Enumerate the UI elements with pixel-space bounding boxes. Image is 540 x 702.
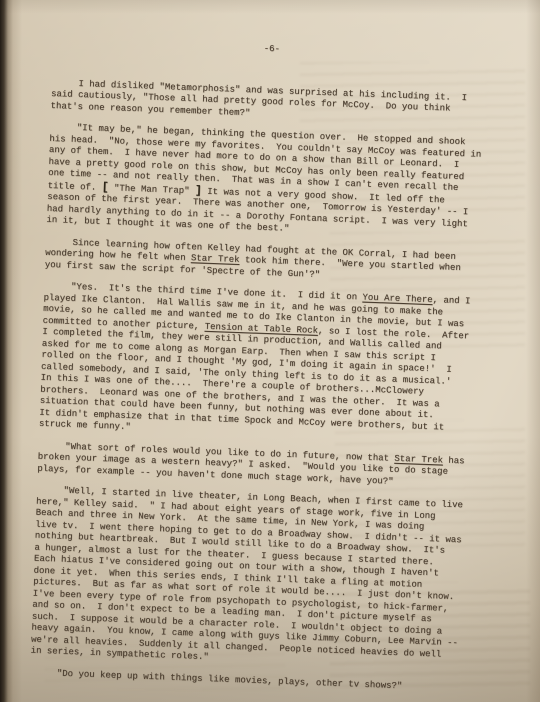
text-segment: , so I lost the role. After I completed … (39, 325, 470, 432)
page-number: -6- (53, 36, 491, 64)
paragraph: "Well, I started in live theater, in Lon… (30, 485, 506, 675)
text-segment: "Do you keep up with things like movies,… (30, 667, 403, 691)
paragraph: Since learning how often Kelley had foug… (45, 236, 516, 288)
text-segment: "Well, I started in live theater, in Lon… (30, 485, 463, 662)
underlined-title: You Are There (362, 292, 433, 305)
paragraph: I had disliked "Metamorphosis" and was s… (50, 77, 521, 129)
text-segment: It was not a very good show. It led off … (46, 186, 468, 234)
underlined-title: Star Trek (394, 453, 443, 465)
paragraph: "Yes. It's the third time I've done it. … (39, 281, 514, 448)
document-page: -6- I had disliked "Metamorphosis" and w… (29, 13, 524, 702)
paragraphs: I had disliked "Metamorphosis" and was s… (30, 77, 522, 695)
paragraph: "What sort of roles would you like to do… (37, 440, 508, 492)
text-segment: I had disliked "Metamorphosis" and was s… (50, 77, 467, 117)
underlined-title: Star Trek (191, 253, 240, 265)
paragraph: "It may be," he began, thinking the ques… (46, 122, 520, 244)
